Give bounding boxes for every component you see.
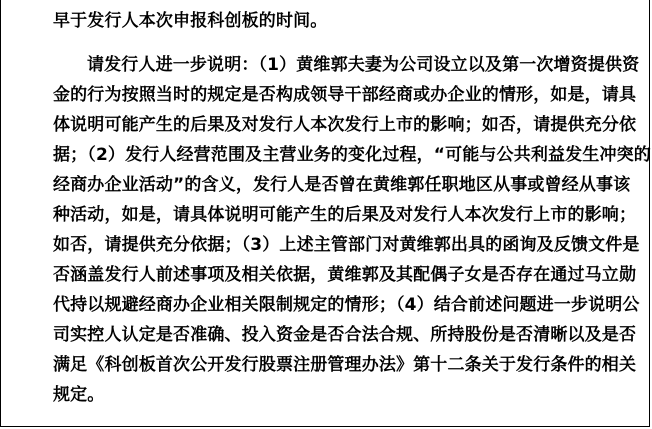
paragraph-2-line: 规定。: [53, 380, 609, 410]
paragraph-2-line: 请发行人进一步说明：（1）黄维郭夫妻为公司设立以及第一次增资提供资: [53, 50, 609, 80]
paragraph-1-line: 早于发行人本次申报科创板的时间。: [53, 6, 609, 36]
paragraph-2-line: 体说明可能产生的后果及对发行人本次发行上市的影响；如否，请提供充分依: [53, 110, 609, 140]
paragraph-2-line: 种活动，如是，请具体说明可能产生的后果及对发行人本次发行上市的影响；: [53, 200, 609, 230]
paragraph-2-line: 金的行为按照当时的规定是否构成领导干部经商或办企业的情形，如是，请具: [53, 80, 609, 110]
paragraph-2-line: 满足《科创板首次公开发行股票注册管理办法》第十二条关于发行条件的相关: [53, 350, 609, 380]
paragraph-2-line: 司实控人认定是否准确、投入资金是否合法合规、所持股份是否清晰以及是否: [53, 320, 609, 350]
document-body: 早于发行人本次申报科创板的时间。 请发行人进一步说明：（1）黄维郭夫妻为公司设立…: [53, 6, 609, 410]
paragraph-2-line: 否涵盖发行人前述事项及相关依据，黄维郭及其配偶子女是否存在通过马立勋: [53, 260, 609, 290]
paragraph-2-line: 经商办企业活动”的含义，发行人是否曾在黄维郭任职地区从事或曾经从事该: [53, 170, 609, 200]
paragraph-2-line: 据；（2）发行人经营范围及主营业务的变化过程，“可能与公共利益发生冲突的: [53, 140, 609, 170]
paragraph-2-line: 如否，请提供充分依据；（3）上述主管部门对黄维郭出具的函询及反馈文件是: [53, 230, 609, 260]
paragraph-gap: [53, 36, 609, 50]
paragraph-2-line: 代持以规避经商办企业相关限制规定的情形；（4）结合前述问题进一步说明公: [53, 290, 609, 320]
